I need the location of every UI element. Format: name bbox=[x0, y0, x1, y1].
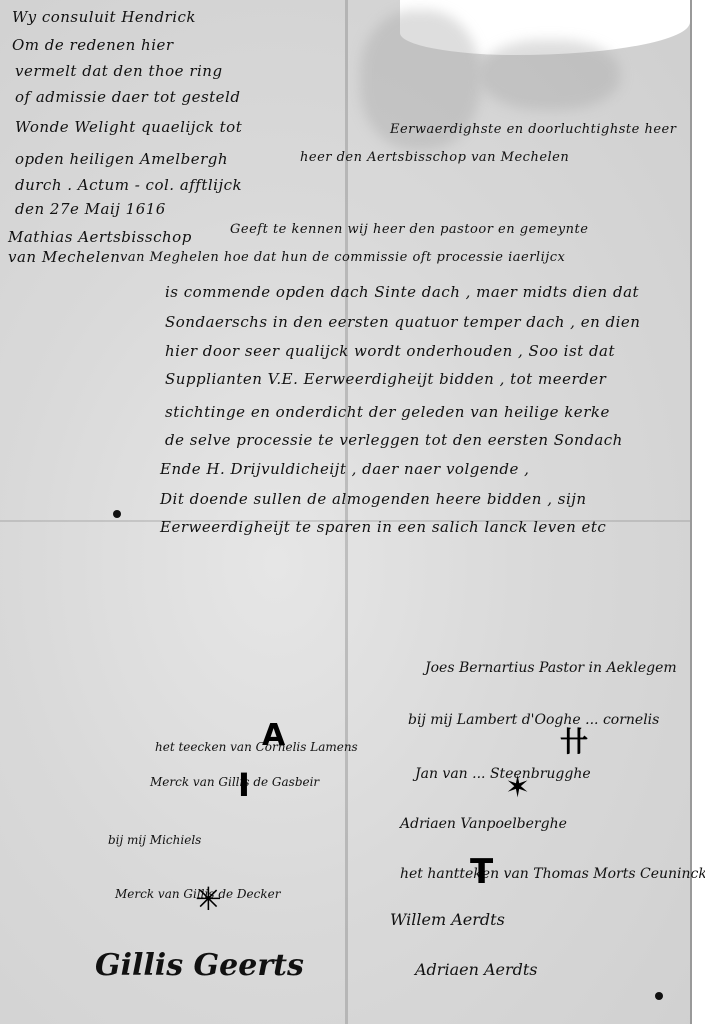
house-mark-t-icon: T bbox=[470, 852, 493, 892]
star-mark-icon: ✶ bbox=[505, 770, 530, 805]
signature: bij mij Michiels bbox=[108, 833, 201, 847]
right-header-line: Eerwaerdighste en doorluchtighste heer bbox=[390, 122, 676, 137]
body-line: de selve processie te verleggen tot den … bbox=[165, 431, 623, 449]
signature: Willem Aerdts bbox=[390, 910, 505, 929]
ink-dot bbox=[113, 510, 121, 518]
body-line: Eerweerdigheijt te sparen in een salich … bbox=[160, 518, 606, 536]
signature: Adriaen Vanpoelberghe bbox=[400, 816, 567, 832]
signature: het teecken van Cornelis Lamens bbox=[155, 740, 358, 754]
body-line: hier door seer qualijck wordt onderhoude… bbox=[165, 342, 615, 360]
addressee-line: van Mechelen bbox=[8, 248, 120, 266]
header-line: durch . Actum - col. afftlijck bbox=[15, 176, 242, 194]
header-line: vermelt dat den thoe ring bbox=[15, 62, 223, 80]
signature: Jan van ... Steenbrugghe bbox=[415, 766, 591, 782]
house-mark-a-icon: A bbox=[262, 718, 285, 753]
body-line: Geeft te kennen wij heer den pastoor en … bbox=[230, 222, 588, 237]
date-line: den 27e Maij 1616 bbox=[15, 200, 166, 218]
body-line: Dit doende sullen de almogenden heere bi… bbox=[160, 490, 587, 508]
ink-dot bbox=[655, 992, 663, 1000]
signature-large: Gillis Geerts bbox=[95, 948, 304, 983]
signature: Joes Bernartius Pastor in Aeklegem bbox=[425, 660, 677, 676]
header-line: Wy consuluit Hendrick bbox=[12, 8, 196, 26]
body-line: stichtinge en onderdicht der geleden van… bbox=[165, 403, 610, 421]
house-mark-h-icon: 卄 bbox=[560, 720, 588, 760]
addressee-line: Mathias Aertsbisschop bbox=[8, 228, 192, 246]
body-line: Sondaerschs in den eersten quatuor tempe… bbox=[165, 313, 640, 331]
manuscript-page: Wy consuluit Hendrick Om de redenen hier… bbox=[0, 0, 692, 1024]
body-line: is commende opden dach Sinte dach , maer… bbox=[165, 283, 639, 301]
header-line: of admissie daer tot gesteld bbox=[15, 88, 240, 106]
signature: het hantteken van Thomas Morts Ceuninck bbox=[400, 866, 705, 882]
body-line: van Meghelen hoe dat hun de commissie of… bbox=[120, 250, 565, 265]
stain bbox=[480, 40, 620, 110]
asterisk-mark-icon: ✳ bbox=[195, 880, 222, 918]
signature: bij mij Lambert d'Ooghe ... cornelis bbox=[408, 712, 659, 728]
right-header-line: heer den Aertsbisschop van Mechelen bbox=[300, 150, 569, 165]
header-line: opden heiligen Amelbergh bbox=[15, 150, 228, 168]
signature: Adriaen Aerdts bbox=[415, 960, 538, 979]
body-line: Supplianten V.E. Eerweerdigheijt bidden … bbox=[165, 370, 606, 388]
header-line: Wonde Welight quaelijck tot bbox=[15, 118, 242, 136]
body-line: Ende H. Drijvuldicheijt , daer naer volg… bbox=[160, 460, 529, 478]
signature: Merck van Gillis de Gasbeir bbox=[150, 775, 319, 789]
house-mark-i-icon: I bbox=[238, 766, 250, 804]
header-line: Om de redenen hier bbox=[12, 36, 174, 54]
